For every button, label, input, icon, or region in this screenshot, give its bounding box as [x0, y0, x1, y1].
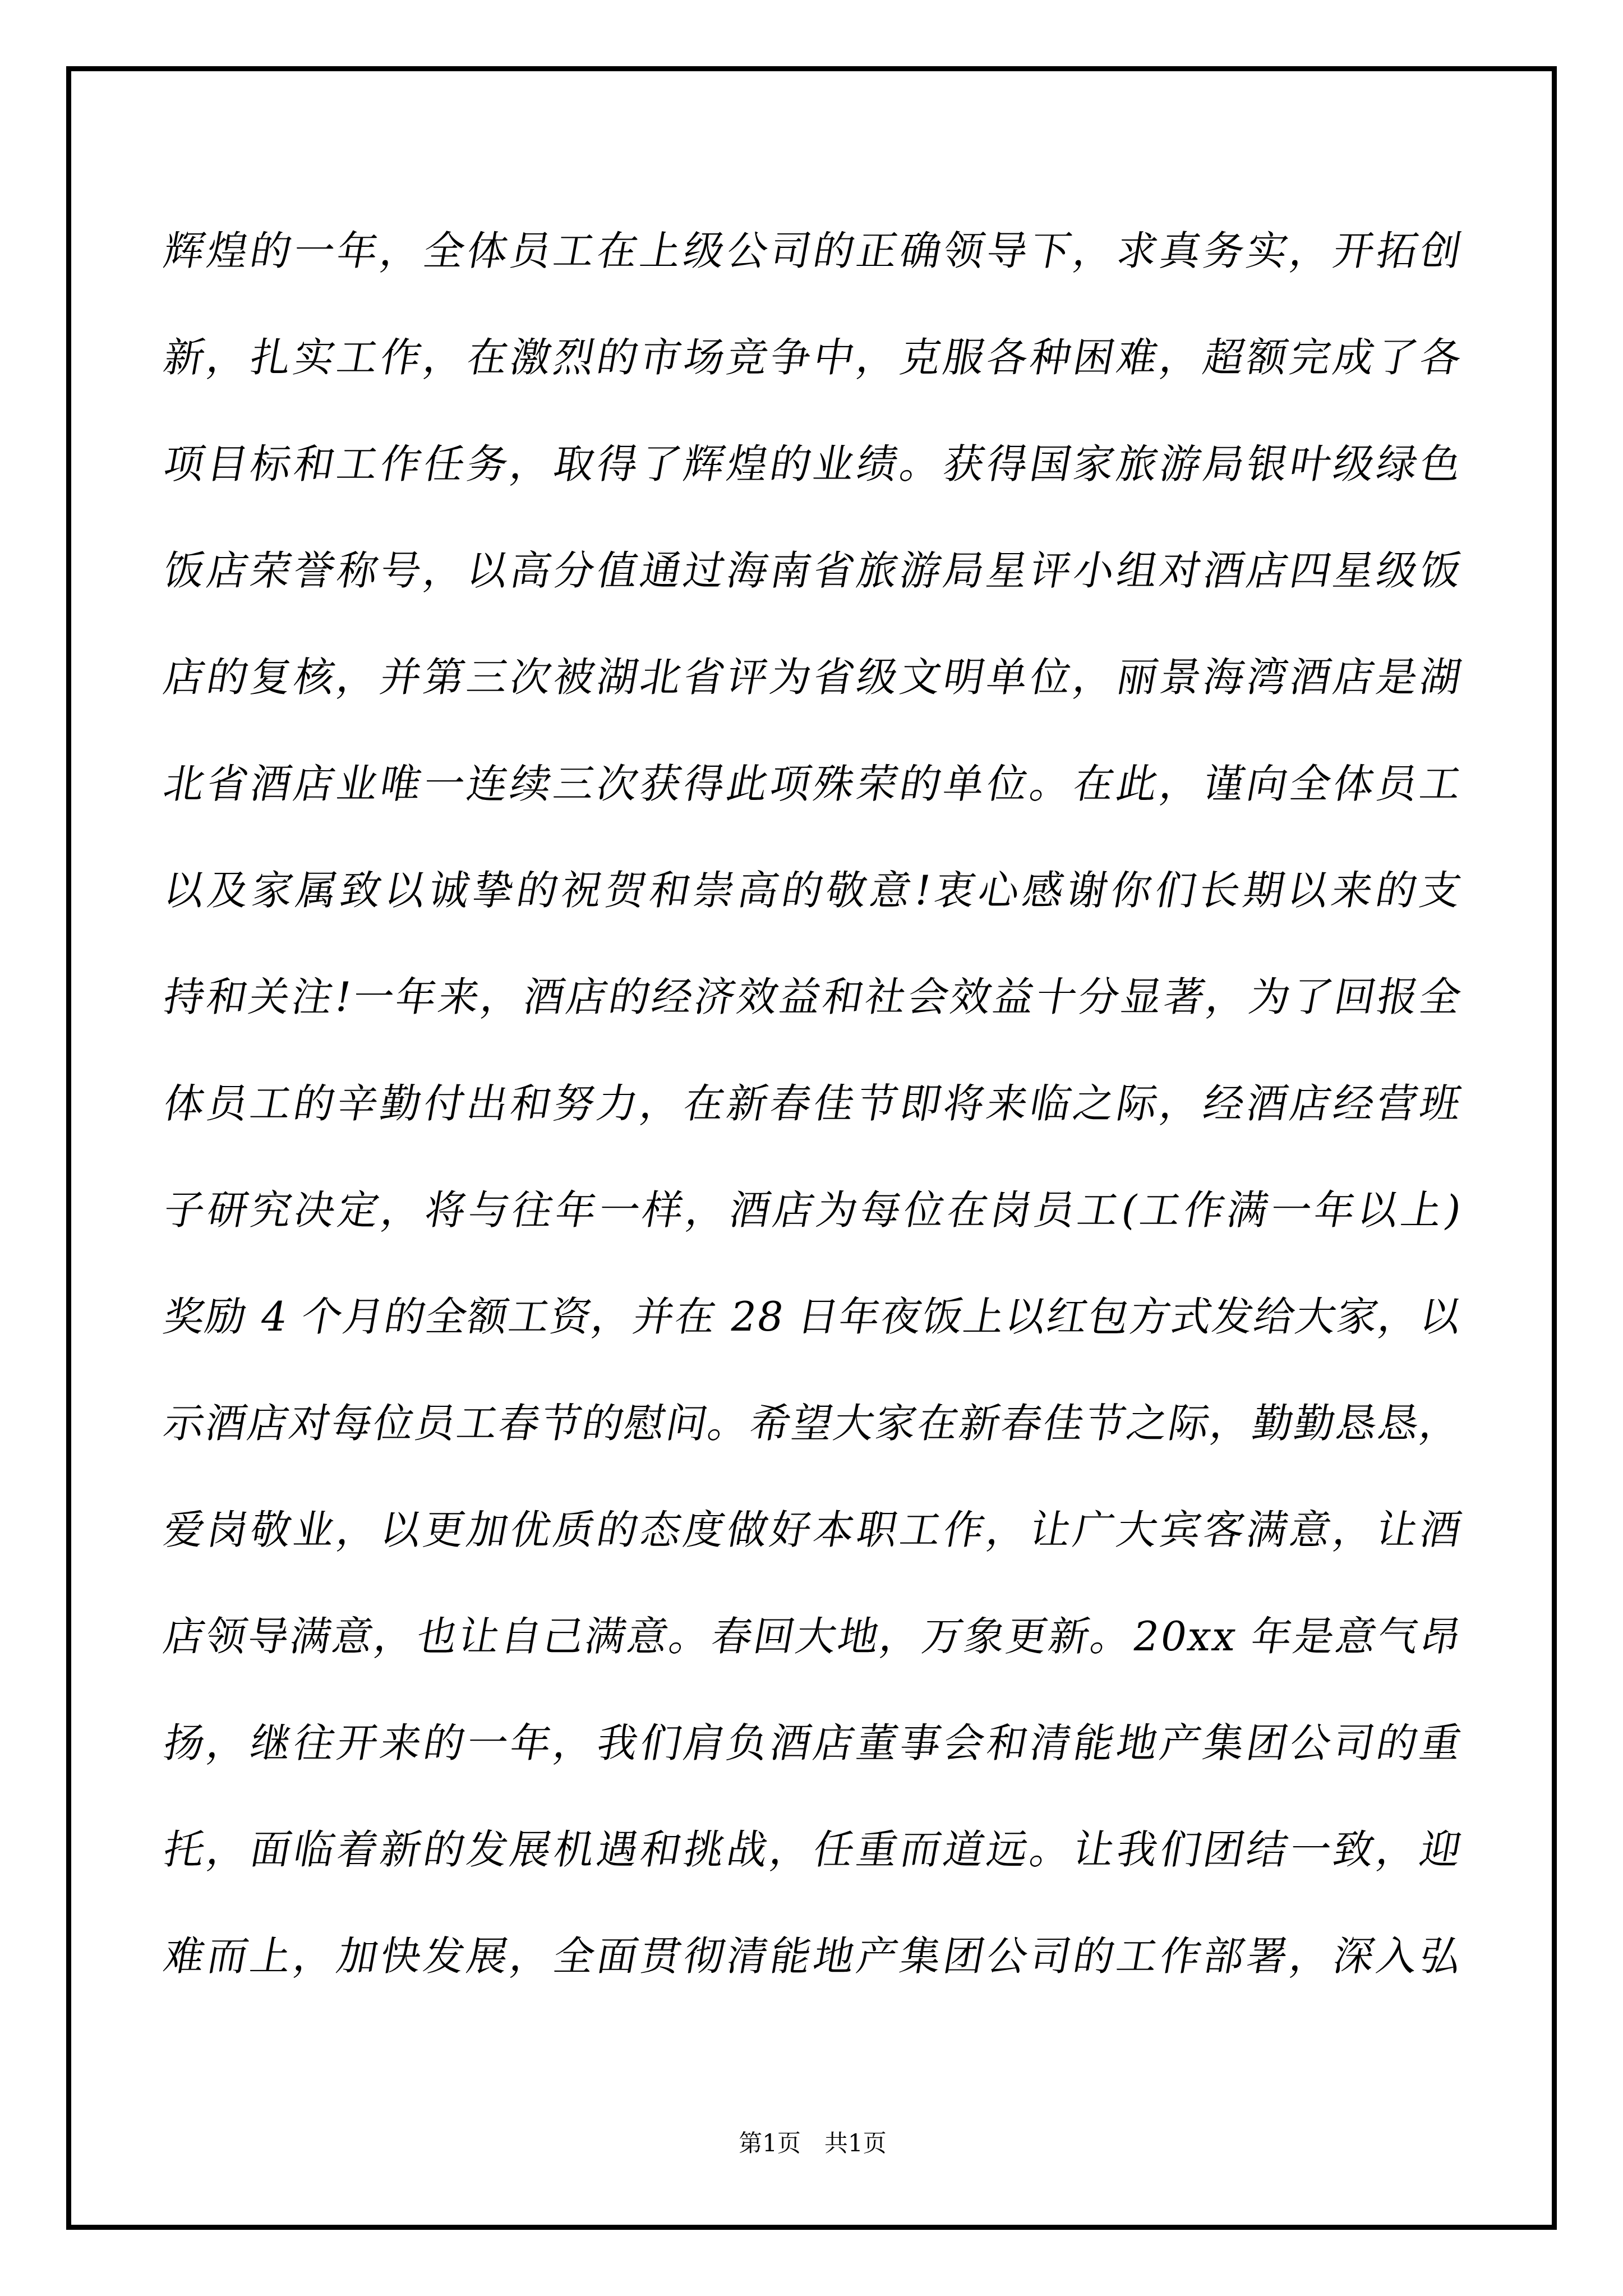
text-line: 托，面临着新的发展机遇和挑战，任重而道远。让我们团结一致，迎 [155, 1796, 1470, 1903]
text-line: 难而上，加快发展，全面贯彻清能地产集团公司的工作部署，深入弘 [155, 1903, 1470, 2009]
text-line: 示酒店对每位员工春节的慰问。希望大家在新春佳节之际，勤勤恳恳， [155, 1370, 1470, 1476]
text-line: 爱岗敬业，以更加优质的态度做好本职工作，让广大宾客满意，让酒 [155, 1476, 1470, 1583]
page-footer: 第1页 共1页 [164, 2128, 1461, 2159]
text-line: 奖励 4 个月的全额工资，并在 28 日年夜饭上以红包方式发给大家，以 [155, 1263, 1470, 1370]
footer-page-number: 第1页 共1页 [739, 2129, 886, 2157]
text-line: 辉煌的一年，全体员工在上级公司的正确领导下，求真务实，开拓创 [155, 197, 1470, 304]
text-line: 项目标和工作任务，取得了辉煌的业绩。获得国家旅游局银叶级绿色 [155, 411, 1470, 517]
text-line: 饭店荣誉称号，以高分值通过海南省旅游局星评小组对酒店四星级饭 [155, 517, 1470, 624]
text-line: 子研究决定，将与往年一样，酒店为每位在岗员工(工作满一年以上) [155, 1157, 1470, 1263]
text-line: 北省酒店业唯一连续三次获得此项殊荣的单位。在此，谨向全体员工 [155, 730, 1470, 837]
text-line: 店的复核，并第三次被湖北省评为省级文明单位，丽景海湾酒店是湖 [155, 624, 1470, 730]
text-line: 新，扎实工作，在激烈的市场竞争中，克服各种困难，超额完成了各 [155, 304, 1470, 411]
document-page: 辉煌的一年，全体员工在上级公司的正确领导下，求真务实，开拓创新，扎实工作，在激烈… [0, 0, 1623, 2296]
body-text: 辉煌的一年，全体员工在上级公司的正确领导下，求真务实，开拓创新，扎实工作，在激烈… [164, 197, 1461, 2009]
text-line: 以及家属致以诚挚的祝贺和崇高的敬意!衷心感谢你们长期以来的支 [155, 837, 1470, 944]
text-line: 店领导满意，也让自己满意。春回大地，万象更新。20xx 年是意气昂 [155, 1583, 1470, 1690]
text-line: 体员工的辛勤付出和努力，在新春佳节即将来临之际，经酒店经营班 [155, 1050, 1470, 1157]
text-line: 持和关注!一年来，酒店的经济效益和社会效益十分显著，为了回报全 [155, 944, 1470, 1050]
text-line: 扬，继往开来的一年，我们肩负酒店董事会和清能地产集团公司的重 [155, 1690, 1470, 1796]
